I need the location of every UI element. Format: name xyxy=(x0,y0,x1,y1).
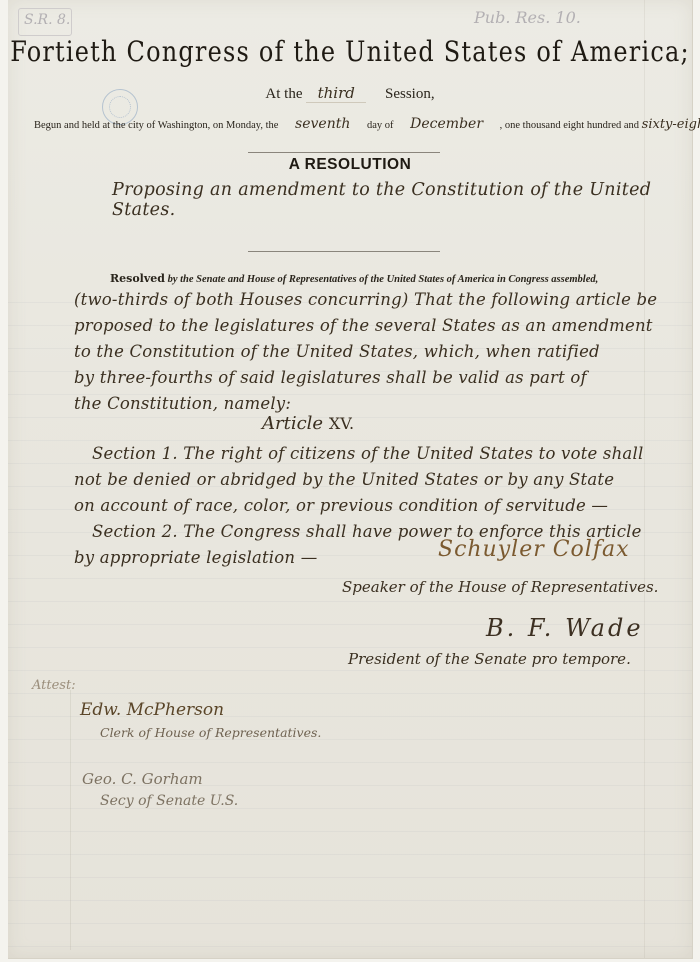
article-label: Article xyxy=(262,413,323,434)
left-margin-line xyxy=(70,690,71,950)
body-line: proposed to the legislatures of the seve… xyxy=(74,316,674,342)
archival-mark-top-right: Pub. Res. 10. xyxy=(474,8,581,27)
session-prefix: At the xyxy=(265,86,302,102)
begun-year: sixty-eight. xyxy=(642,117,700,132)
secretary-title: Secy of Senate U.S. xyxy=(100,793,238,809)
president-signature: B. F. Wade xyxy=(486,614,644,642)
document-title: Fortieth Congress of the United States o… xyxy=(0,36,700,68)
section-line: Section 1. The right of citizens of the … xyxy=(74,444,674,470)
clerk-title: Clerk of House of Representatives. xyxy=(100,725,321,740)
section-line: not be denied or abridged by the United … xyxy=(74,470,674,496)
begun-month: December xyxy=(396,116,497,132)
archival-mark-top-left: S.R. 8. xyxy=(24,12,70,28)
secretary-signature: Geo. C. Gorham xyxy=(82,770,203,788)
section-line: on account of race, color, or previous c… xyxy=(74,496,674,522)
attest-label: Attest: xyxy=(32,678,76,693)
body-line: to the Constitution of the United States… xyxy=(74,342,674,368)
speaker-signature: Schuyler Colfax xyxy=(438,537,630,562)
begun-prefix: Begun and held at the city of Washington… xyxy=(34,120,278,131)
divider-bottom xyxy=(248,251,440,252)
resolved-lead: Resolved xyxy=(110,272,165,285)
begun-line: Begun and held at the city of Washington… xyxy=(34,116,684,132)
session-ordinal: third xyxy=(306,84,366,103)
article-number: XV. xyxy=(329,414,354,433)
session-suffix: Session, xyxy=(385,86,435,102)
resolution-heading: A RESOLUTION xyxy=(0,156,700,174)
resolution-body: (two-thirds of both Houses concurring) T… xyxy=(74,290,674,574)
body-line: by three-fourths of said legislatures sh… xyxy=(74,368,674,394)
resolved-clause: Resolved by the Senate and House of Repr… xyxy=(110,272,700,285)
divider-top xyxy=(248,152,440,153)
body-line: the Constitution, namely: xyxy=(74,394,674,420)
session-line: At the third Session, xyxy=(0,84,700,103)
president-title: President of the Senate pro tempore. xyxy=(348,650,631,668)
resolution-subtitle: Proposing an amendment to the Constituti… xyxy=(112,180,682,220)
begun-day-of: day of xyxy=(367,120,394,131)
speaker-title: Speaker of the House of Representatives. xyxy=(342,578,658,596)
clerk-signature: Edw. McPherson xyxy=(80,700,224,720)
begun-year-prefix: , one thousand eight hundred and xyxy=(500,120,639,131)
article-heading: Article XV. xyxy=(262,413,354,434)
body-line: (two-thirds of both Houses concurring) T… xyxy=(74,290,674,316)
resolved-rest: by the Senate and House of Representativ… xyxy=(168,274,599,285)
begun-day: seventh xyxy=(281,116,364,132)
